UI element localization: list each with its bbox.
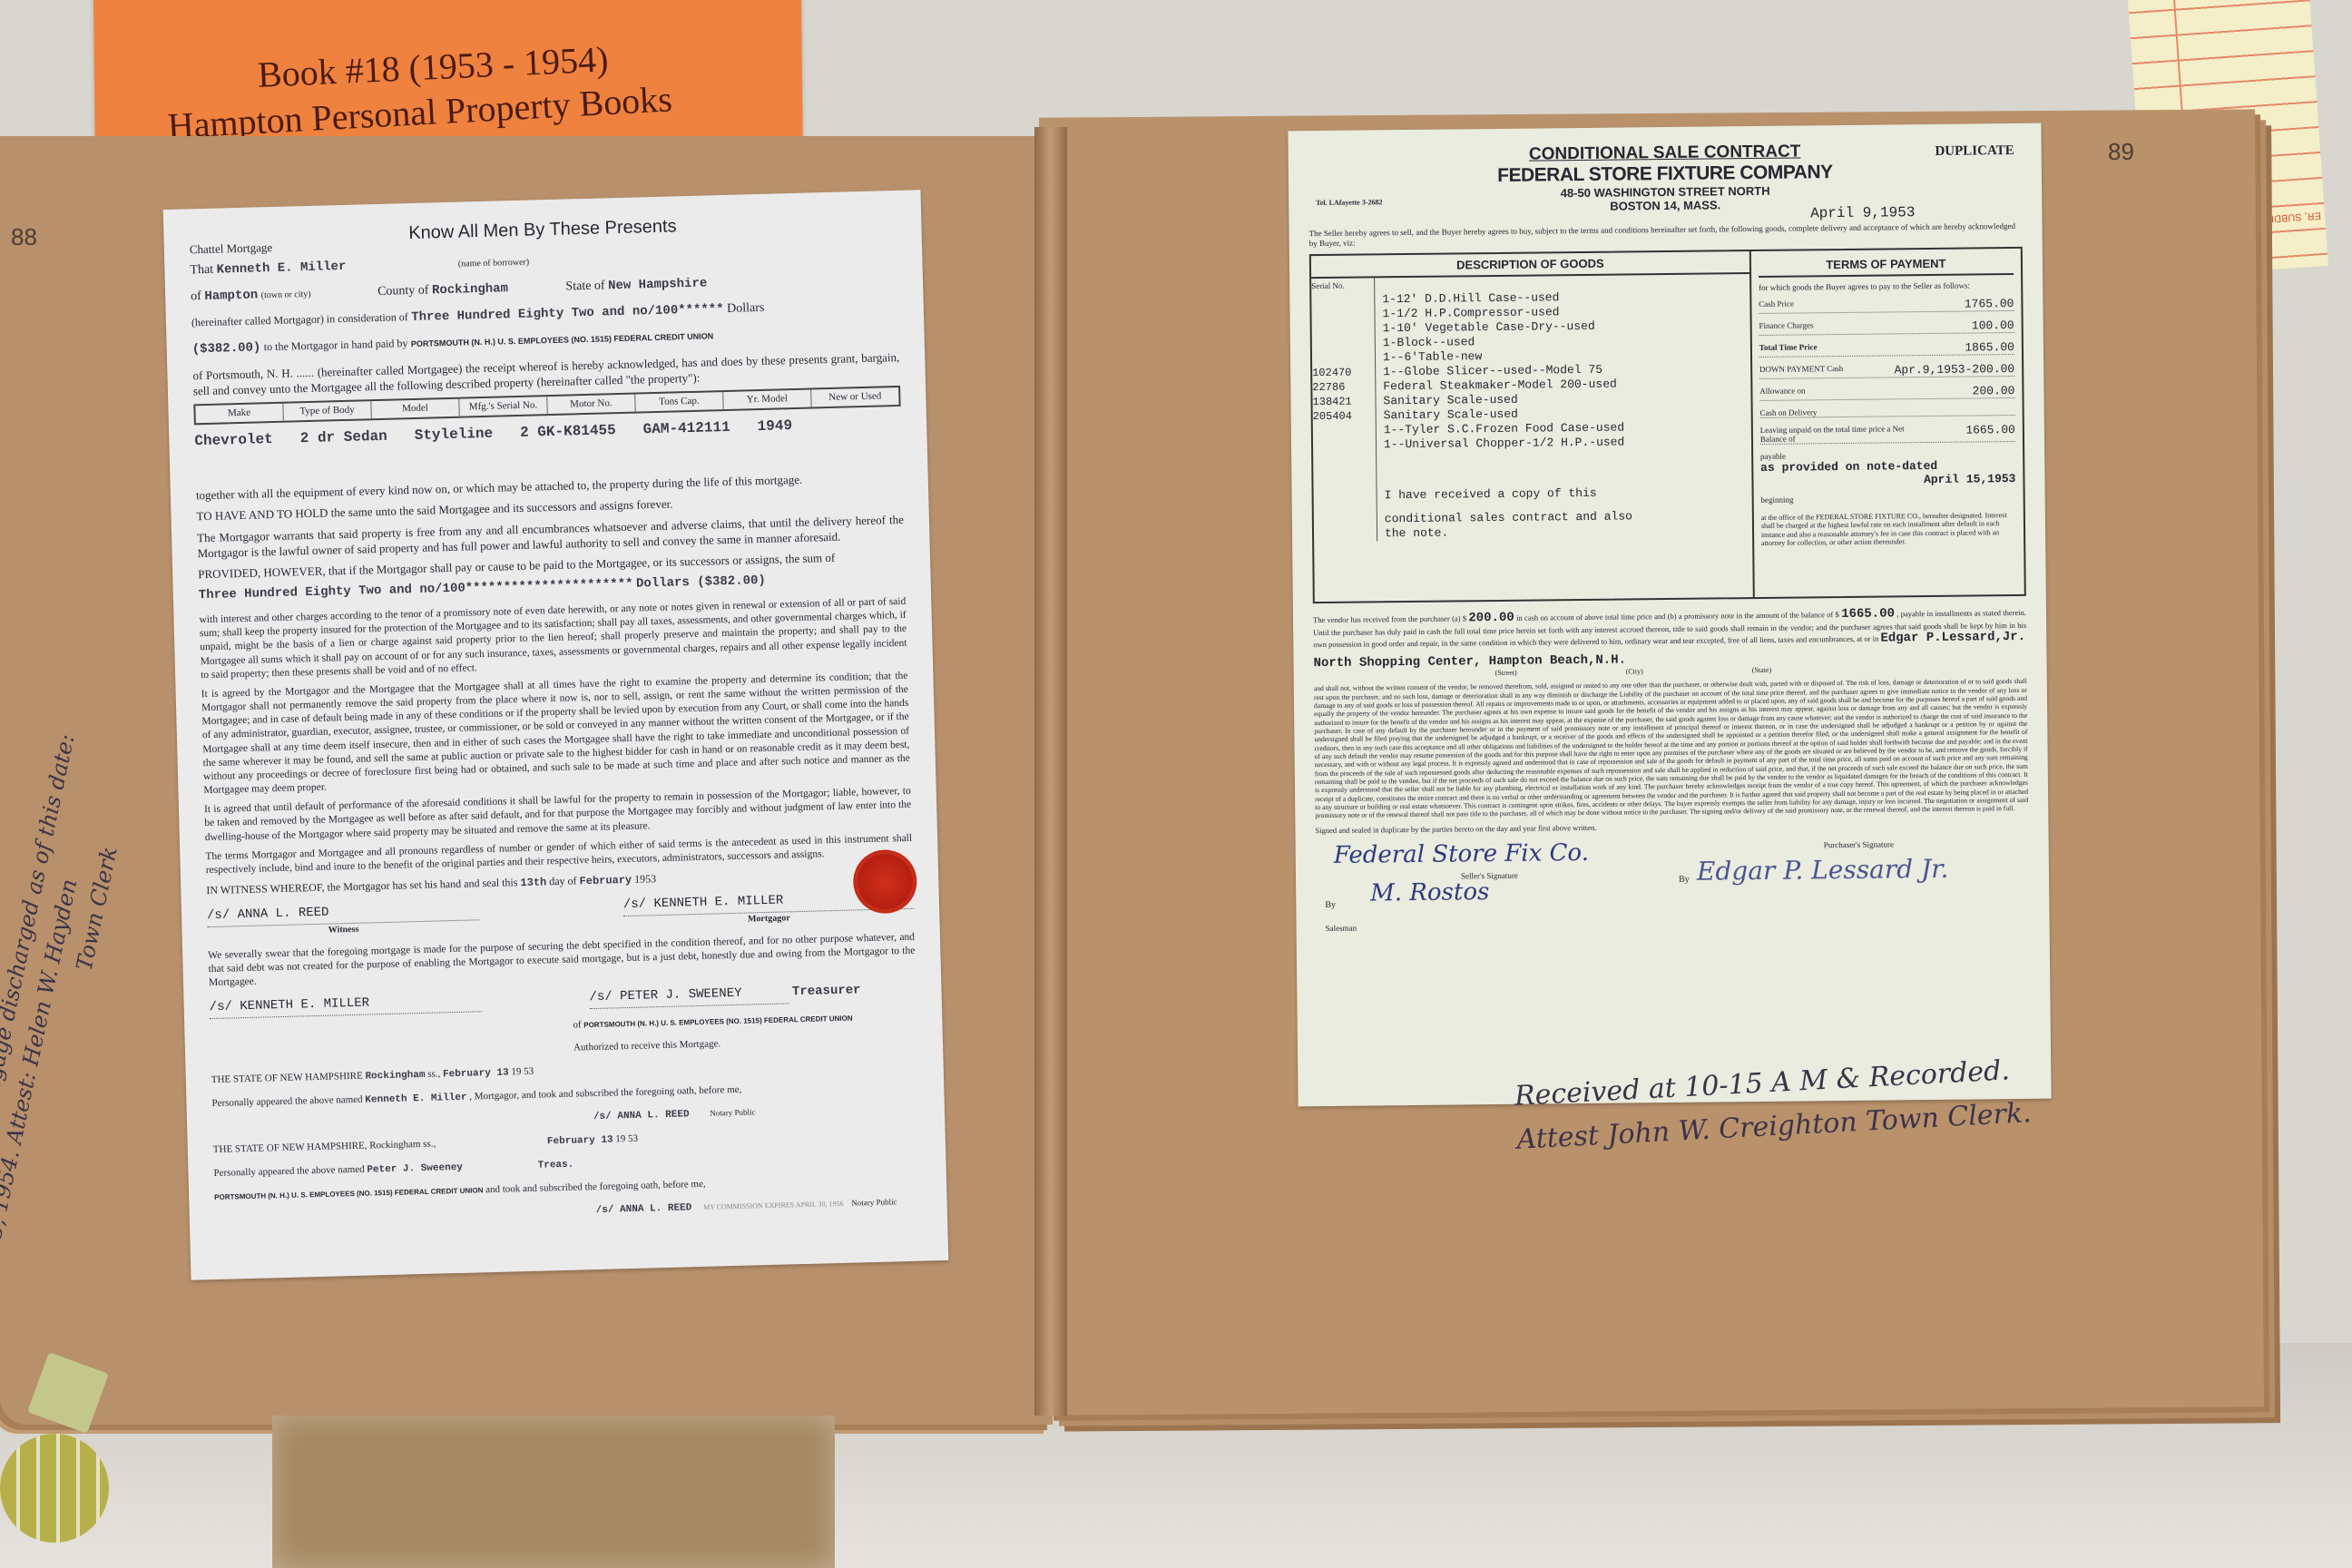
term-allowance: Allowance on200.00 (1759, 384, 2014, 401)
contract-signatures: Federal Store Fix Co. Seller's Signature… (1316, 835, 2030, 933)
serial-column: Serial No. 102470 22786 138421 205404 (1311, 278, 1377, 542)
mortgage-form-type: Chattel Mortgage (190, 240, 273, 258)
treasurer-title: Treasurer (792, 983, 861, 999)
receipt-note-line: the note. (1385, 523, 1752, 541)
terms-of-payment: TERMS OF PAYMENT for which goods the Buy… (1751, 249, 2024, 597)
county-value: Rockingham (432, 281, 508, 298)
treasurer-signature: /s/ PETER J. SWEENEY (589, 985, 789, 1010)
duplicate-mark: DUPLICATE (1935, 143, 2014, 160)
book-gutter (1034, 127, 1067, 1416)
borrower-name: Kenneth E. Miller (216, 260, 346, 278)
conditional-sale-contract: CONDITIONAL SALE CONTRACT DUPLICATE FEDE… (1288, 123, 2051, 1107)
ruled-card-text: ER, SUBDIVISI (2252, 210, 2321, 225)
term-cash-price: Cash Price1765.00 (1759, 297, 2014, 314)
purchaser-signature: Edgar P. Lessard Jr. (1697, 854, 1949, 887)
term-finance-charges: Finance Charges100.00 (1759, 318, 2014, 336)
oath-text: We severally swear that the foregoing mo… (208, 930, 916, 990)
term-down-payment: DOWN PAYMENT CashApr.9,1953-200.00 (1759, 362, 2014, 379)
town-value: Hampton (204, 288, 258, 304)
seller-signature: Federal Store Fix Co. (1334, 839, 1589, 869)
left-page-number: 88 (11, 223, 37, 251)
mortgage-heading: Know All Men By These Presents (189, 209, 896, 251)
oath-mortgagor-signature: /s/ KENNETH E. MILLER (209, 992, 481, 1019)
contract-fine-print: and shall not, without the written conse… (1314, 677, 2029, 819)
seller-by-signature: M. Rostos (1370, 878, 1489, 906)
purchaser-name: Edgar P.Lessard,Jr. (1880, 630, 2025, 646)
agreed-clause: It is agreed by the Mortgagor and the Mo… (201, 670, 911, 799)
terms-note: at the office of the FEDERAL STORE FIXTU… (1761, 511, 2017, 548)
term-net-balance: Leaving unpaid on the total time price a… (1760, 423, 2015, 445)
state-value: New Hampshire (608, 276, 708, 293)
term-cash-on-delivery: Cash on Delivery (1759, 406, 2014, 418)
decorative-clip-tag (0, 1434, 109, 1543)
signed-statement: Signed and sealed in duplicate by the pa… (1315, 818, 2028, 836)
contract-date: April 9,1953 (1810, 204, 1915, 221)
contract-intro: The Seller hereby agrees to sell, and th… (1309, 221, 2023, 249)
company-telephone: Tel. LAfayette 3-2682 (1316, 198, 1382, 207)
amount-figure: ($382.00) (192, 340, 261, 357)
interest-clause: with interest and other charges accordin… (199, 595, 907, 682)
chattel-mortgage-document: Chattel Mortgage Know All Men By These P… (163, 190, 949, 1279)
term-total-time-price: Total Time Price1865.00 (1759, 340, 2014, 358)
goods-description-column: 1-12' D.D.Hill Case--used 1-1/2 H.P.Comp… (1375, 274, 1752, 541)
witness-signatures: /s/ ANNA L. REED Witness /s/ KENNETH E. … (207, 889, 915, 940)
mortgagee-name: PORTSMOUTH (N. H.) U. S. EMPLOYEES (NO. … (411, 331, 714, 348)
right-page-number: 89 (2108, 138, 2134, 166)
goods-and-terms-table: DESCRIPTION OF GOODS Serial No. 102470 2… (1309, 247, 2026, 603)
payable-date: April 15,1953 (1760, 472, 2015, 488)
cardboard-box (272, 1416, 835, 1568)
description-of-goods: DESCRIPTION OF GOODS Serial No. 102470 2… (1311, 251, 1755, 602)
amount-words: Three Hundred Eighty Two and no/100*****… (411, 302, 724, 325)
vendor-received: The vendor has received from the purchas… (1313, 604, 2026, 652)
